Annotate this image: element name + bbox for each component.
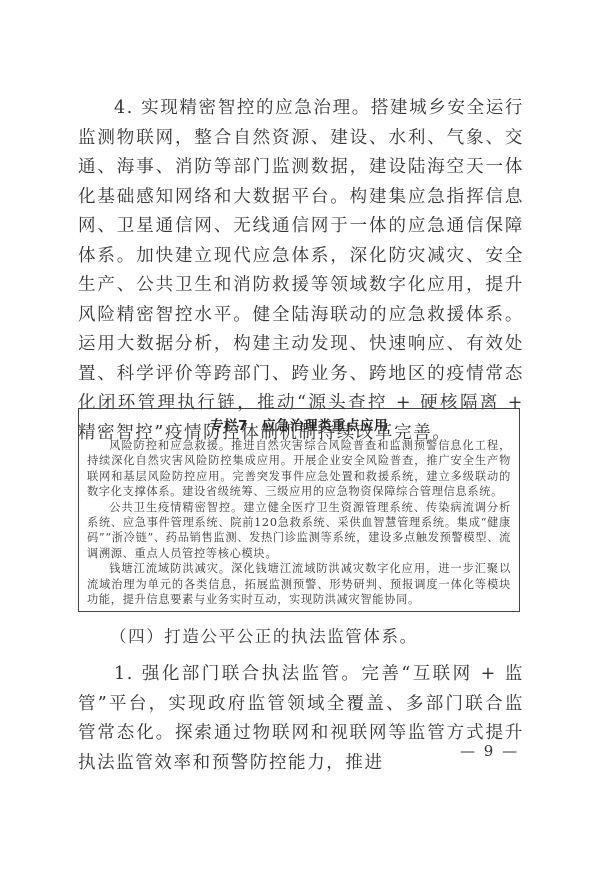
paragraph-text: 4. 实现精密智控的应急治理。搭建城乡安全运行监测物联网，整合自然资源、建设、水… — [78, 98, 524, 443]
column-box: 专栏7应急治理类重点应用 风险防控和应急救援。推进自然灾害综合风险普查和监测预警… — [78, 408, 520, 612]
column-item-text: 钱塘江流域防洪减灾。深化钱塘江流域防洪减灾数字化应用，进一步汇聚以流域治理为单元… — [87, 562, 511, 606]
column-item-risk-prevention: 风险防控和应急救援。推进自然灾害综合风险普查和监测预警信息化工程，持续深化自然灾… — [87, 438, 511, 500]
column-number: 专栏7 — [210, 418, 248, 434]
document-page: 4. 实现精密智控的应急治理。搭建城乡安全运行监测物联网，整合自然资源、建设、水… — [0, 0, 600, 872]
column-box-title: 专栏7应急治理类重点应用 — [87, 417, 511, 435]
column-item-text: 风险防控和应急救援。推进自然灾害综合风险普查和监测预警信息化工程，持续深化自然灾… — [87, 439, 511, 498]
column-item-text: 公共卫生疫情精密智控。建立健全医疗卫生资源管理系统、传染病流调分析系统、应急事件… — [87, 501, 511, 560]
paragraph-text: 1. 强化部门联合执法监管。完善“互联网 + 监管”平台，实现政府监管领域全覆盖… — [78, 664, 524, 773]
column-item-flood-control: 钱塘江流域防洪减灾。深化钱塘江流域防洪减灾数字化应用，进一步汇聚以流域治理为单元… — [87, 561, 511, 607]
section-heading: （四）打造公平公正的执法监管体系。 — [110, 625, 418, 649]
column-item-public-health: 公共卫生疫情精密智控。建立健全医疗卫生资源管理系统、传染病流调分析系统、应急事件… — [87, 500, 511, 562]
column-title: 应急治理类重点应用 — [262, 418, 388, 434]
page-number: — 9 — — [460, 741, 519, 761]
paragraph-emergency-governance: 4. 实现精密智控的应急治理。搭建城乡安全运行监测物联网，整合自然资源、建设、水… — [78, 94, 524, 448]
paragraph-joint-enforcement: 1. 强化部门联合执法监管。完善“互联网 + 监管”平台，实现政府监管领域全覆盖… — [78, 660, 524, 778]
